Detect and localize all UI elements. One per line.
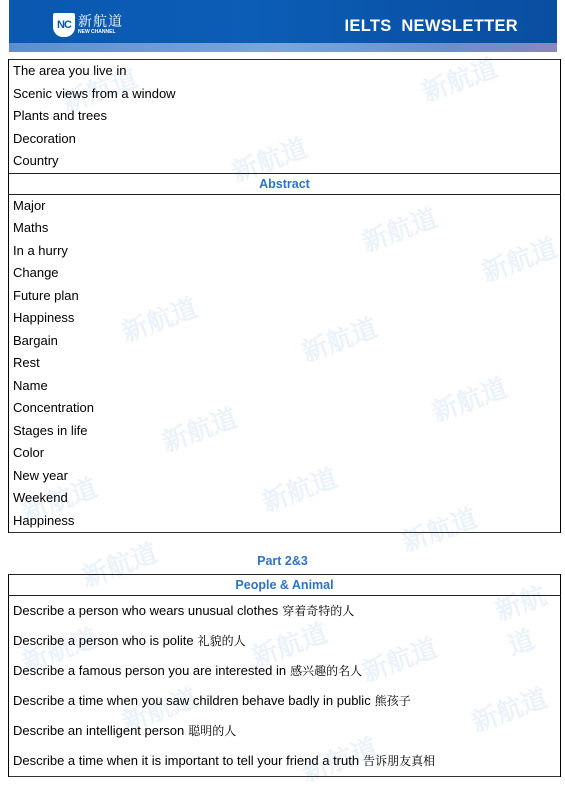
topic-row: Future plan xyxy=(9,285,561,308)
nc-shield-icon: NC xyxy=(53,13,75,37)
topic-row: Major xyxy=(9,194,561,217)
cue-card-row: Describe a famous person you are interes… xyxy=(9,656,561,686)
topic-row: Change xyxy=(9,262,561,285)
topic-row: Maths xyxy=(9,217,561,240)
people-animal-section-heading: People & Animal xyxy=(9,575,561,596)
topic-row: Rest xyxy=(9,352,561,375)
logo-chinese-name: 新航道 xyxy=(78,15,123,29)
chinese-translation: 穿着奇特的人 xyxy=(282,604,354,618)
topic-row: The area you live in xyxy=(9,60,561,83)
topic-row: Weekend xyxy=(9,487,561,510)
topic-row: In a hurry xyxy=(9,240,561,263)
chinese-translation: 熊孩子 xyxy=(375,694,411,708)
topic-row: Decoration xyxy=(9,128,561,151)
cue-card-row: Describe a time when it is important to … xyxy=(9,746,561,777)
topic-row: Happiness xyxy=(9,510,561,533)
part2-3-topics-table: People & AnimalDescribe a person who wea… xyxy=(8,574,561,777)
cue-card-row: Describe a person who is polite礼貌的人 xyxy=(9,626,561,656)
topic-row: Bargain xyxy=(9,330,561,353)
topic-row: New year xyxy=(9,465,561,488)
topic-row: Concentration xyxy=(9,397,561,420)
topic-row: Stages in life xyxy=(9,420,561,443)
chinese-translation: 礼貌的人 xyxy=(198,634,246,648)
topic-row: Happiness xyxy=(9,307,561,330)
topic-row: Country xyxy=(9,150,561,173)
cue-card-row: Describe an intelligent person聪明的人 xyxy=(9,716,561,746)
chinese-translation: 感兴趣的名人 xyxy=(290,664,362,678)
part-2-3-title: Part 2&3 xyxy=(0,554,565,568)
newsletter-title: IELTS NEWSLETTER xyxy=(345,17,518,36)
cue-card-row: Describe a person who wears unusual clot… xyxy=(9,596,561,627)
part1-topics-table: The area you live inScenic views from a … xyxy=(8,59,561,533)
topic-row: Plants and trees xyxy=(9,105,561,128)
chinese-translation: 告诉朋友真相 xyxy=(363,754,435,768)
brand-logo: NC 新航道 NEW CHANNEL xyxy=(53,11,123,39)
topic-row: Scenic views from a window xyxy=(9,83,561,106)
chinese-translation: 聪明的人 xyxy=(188,724,236,738)
cue-card-row: Describe a time when you saw children be… xyxy=(9,686,561,716)
header-accent-strip xyxy=(9,43,557,52)
topic-row: Color xyxy=(9,442,561,465)
topic-row: Name xyxy=(9,375,561,398)
abstract-section-heading: Abstract xyxy=(9,173,561,194)
logo-english-name: NEW CHANNEL xyxy=(78,30,123,35)
